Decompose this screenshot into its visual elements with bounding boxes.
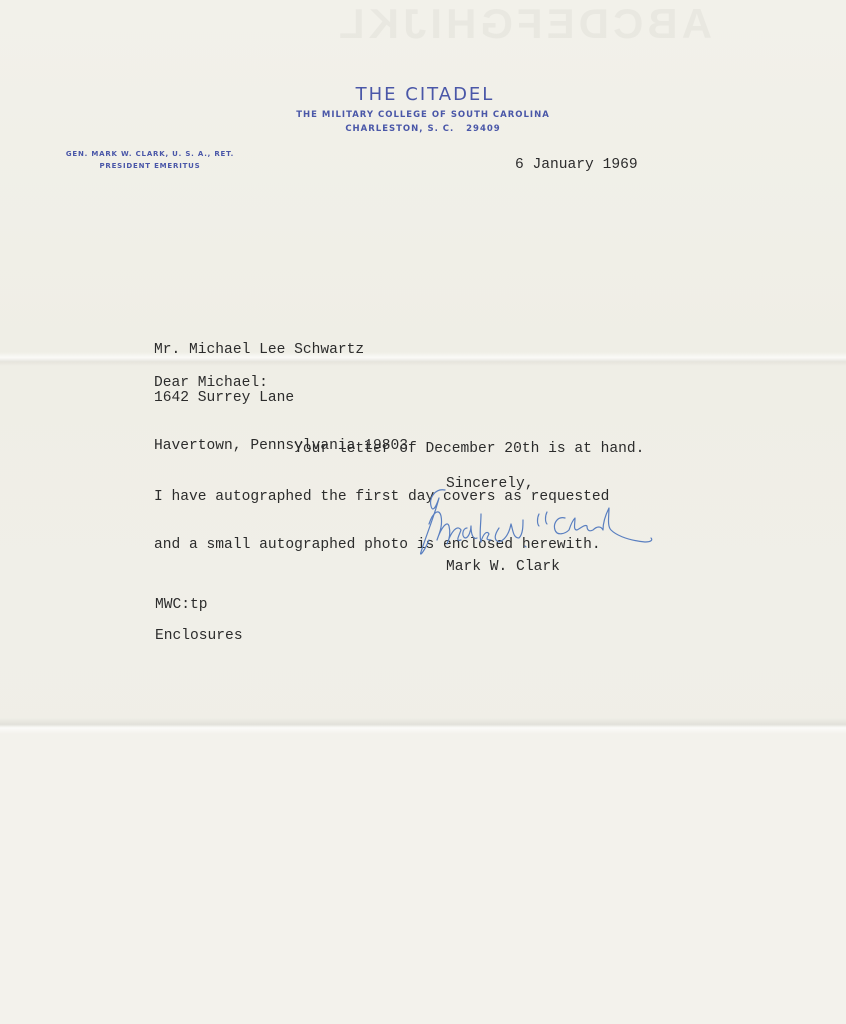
handwritten-signature: [415, 484, 660, 560]
letterhead-sender: GEN. MARK W. CLARK, U. S. A., RET. PRESI…: [40, 148, 260, 172]
typed-signature-name: Mark W. Clark: [446, 559, 560, 575]
recipient-name: Mr. Michael Lee Schwartz: [154, 342, 408, 358]
letter-date: 6 January 1969: [515, 157, 638, 173]
sender-title: PRESIDENT EMERITUS: [40, 160, 260, 172]
paper-lower-panel: [0, 728, 846, 1024]
fold-crease-lower: [0, 718, 846, 734]
sender-name: GEN. MARK W. CLARK, U. S. A., RET.: [40, 148, 260, 160]
recipient-street: 1642 Surrey Lane: [154, 390, 408, 406]
show-through-watermark: ABCDEFGHIJKL: [335, 0, 712, 48]
salutation: Dear Michael:: [154, 375, 268, 391]
body-line: Your letter of December 20th is at hand.: [154, 441, 644, 457]
fold-crease-upper: [0, 352, 846, 366]
enclosure-note: Enclosures: [155, 628, 243, 644]
reference-initials: MWC:tp: [155, 597, 208, 613]
letterhead-title: THE CITADEL: [0, 84, 846, 105]
letterhead-address: CHARLESTON, S. C. 29409: [0, 124, 846, 134]
letterhead-subtitle: THE MILITARY COLLEGE OF SOUTH CAROLINA: [0, 110, 846, 120]
